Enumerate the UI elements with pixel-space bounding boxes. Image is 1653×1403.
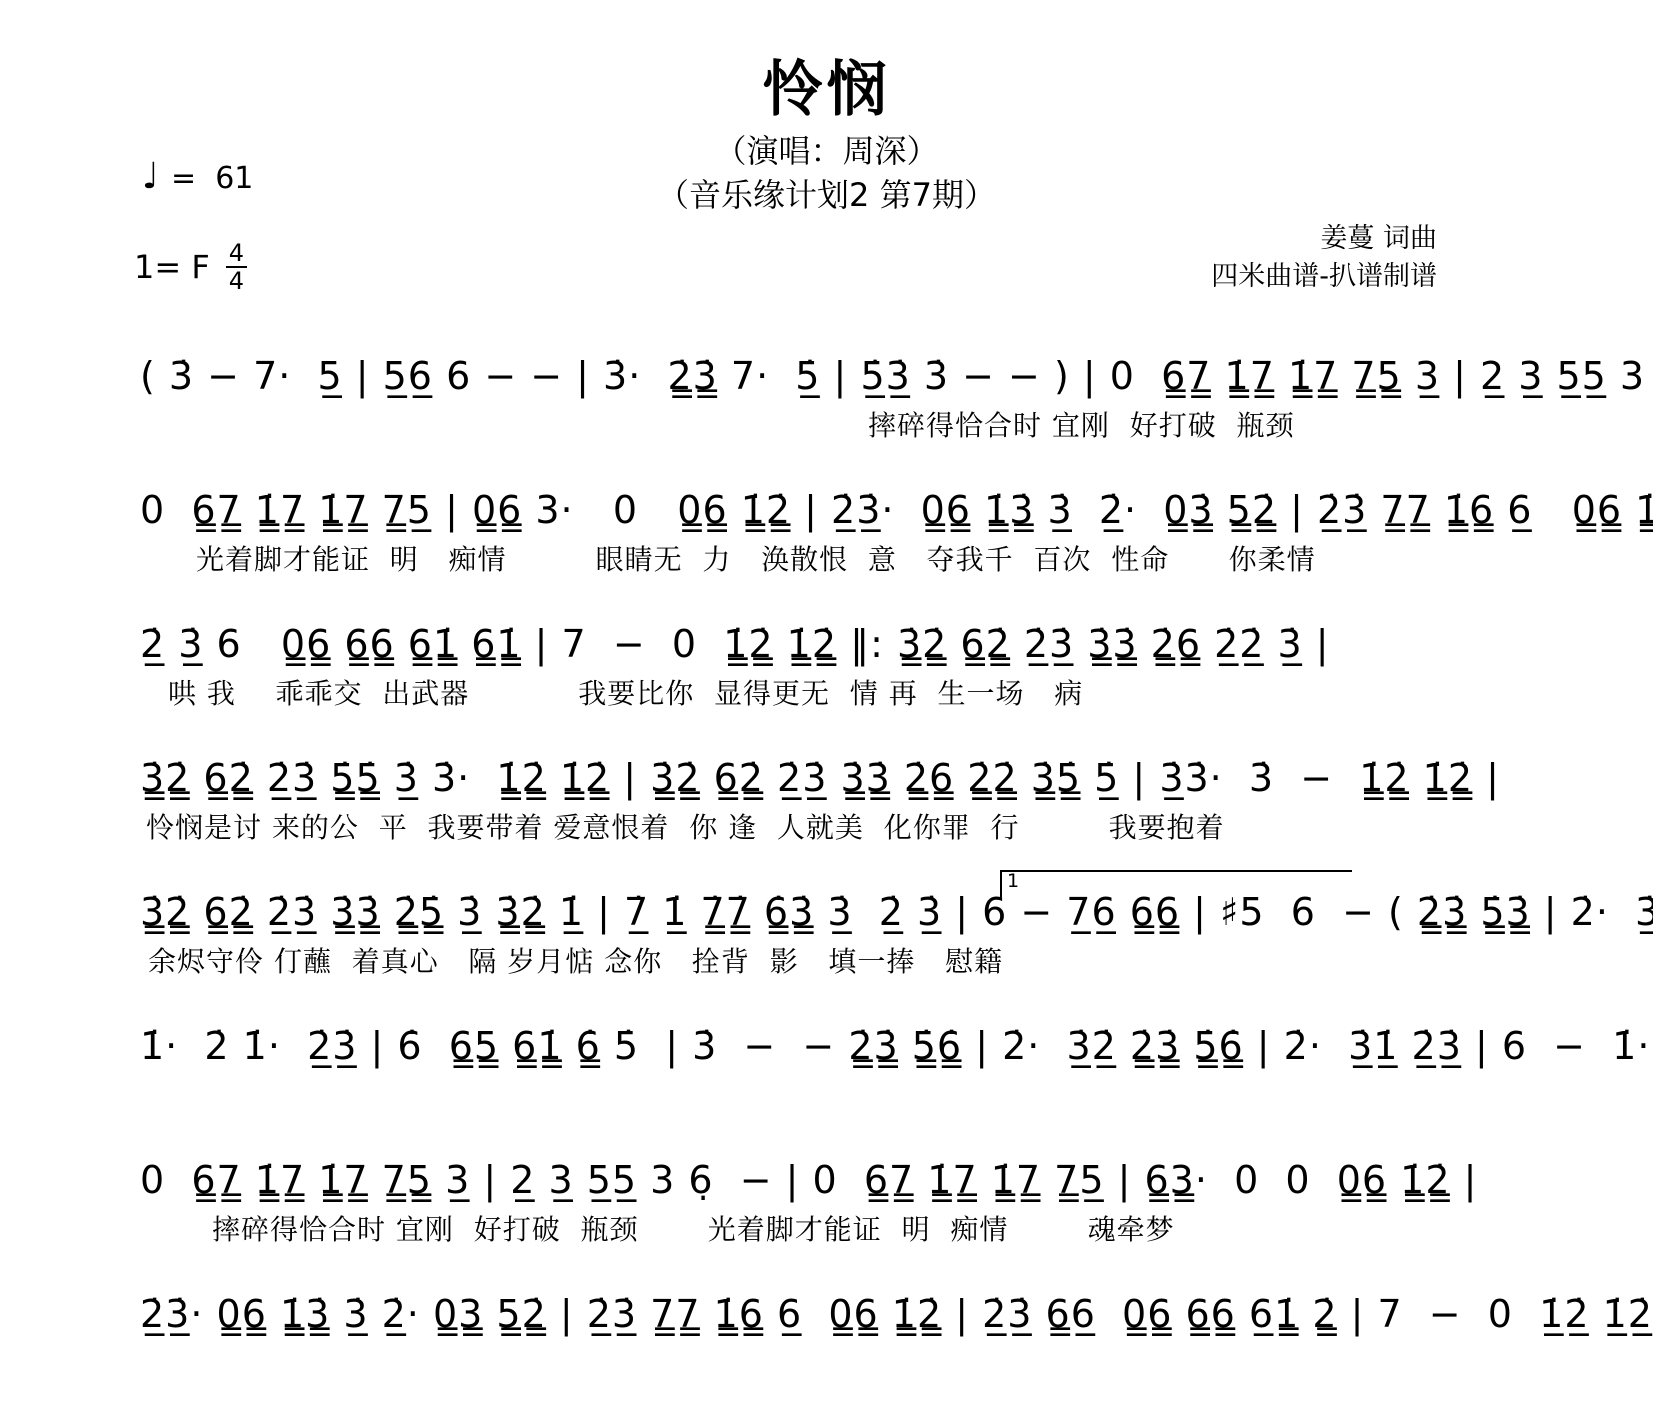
tempo-mark: ♩= 61 [142,156,253,197]
notation-line: ( 3̇ − 7· 5̲ | 5̲6̲ 6 − − | 3̇· 2̳̇3̳̇ 7… [140,330,1603,398]
notation-line: 3̳̇2̳̇ 6̳2̳̇ 2̲̇3̲̇ 5̳̇5̳̇ 3̲̇ 3̇· 1̳̇2̇… [140,732,1603,800]
lyrics-line: 哄 我 乖乖交 出武器 我要比你 显得更无 情 再 生一场 病 [140,666,1603,712]
notation-line: 3̳̇2̳̇ 6̳2̳̇ 2̲̇3̲̇ 3̳̇3̳̇ 2̳̇5̳̇ 3̲̇ 3̇… [140,866,1603,934]
lyrics-line [140,1336,1603,1342]
sheet-music-page: 怜悯 （演唱：周深） （音乐缘计划2 第7期） ♩= 61 姜蔓 词曲 四米曲谱… [0,0,1653,1403]
music-system-6: 1̇· 2̇ 1̇· 2̲̇3̲̇ | 6̇ 6̳5̳ 6̳1̳̇ 6̳̇ 5̇… [140,1000,1603,1134]
lyrics-line: 摔碎得恰合时 宜刚 好打破 瓶颈 光着脚才能证 明 痴情 魂牵梦 [140,1202,1603,1248]
composer-credit: 姜蔓 词曲 [1211,220,1437,258]
music-system-4: 3̳̇2̳̇ 6̳2̳̇ 2̲̇3̲̇ 5̳̇5̳̇ 3̲̇ 3̇· 1̳̇2̇… [140,732,1603,866]
music-system-7: 0 6̳7̳ 1̳̇7̳ 1̳̇7̳ 7̳5̳ 3̲ | 2̲ 3̲ 5̲5̲ … [140,1134,1603,1268]
music-system-3: 2̲̇ 3̲̇ 6 0̳6̳ 6̳6̳ 6̳1̳̇ 6̳1̳̇ | 7 − 0 … [140,598,1603,732]
meter-numerator: 4 [226,240,247,268]
song-title: 怜悯 [0,42,1653,128]
lyrics-line: 摔碎得恰合时 宜刚 好打破 瓶颈 [140,398,1603,444]
music-system-1: ( 3̇ − 7· 5̲ | 5̲6̲ 6 − − | 3̇· 2̳̇3̳̇ 7… [140,330,1603,464]
music-system-5: 1 3̳̇2̳̇ 6̳2̳̇ 2̲̇3̲̇ 3̳̇3̳̇ 2̳̇5̳̇ 3̲̇ … [140,866,1603,1000]
notation-line: 1̇· 2̇ 1̇· 2̲̇3̲̇ | 6̇ 6̳5̳ 6̳1̳̇ 6̳̇ 5̇… [140,1000,1603,1068]
transcriber-credit: 四米曲谱-扒谱制谱 [1211,258,1437,296]
time-signature: 4 4 [226,240,247,294]
volta-bracket: 1 [1000,870,1352,898]
score-body: ( 3̇ − 7· 5̲ | 5̲6̲ 6 − − | 3̇· 2̳̇3̳̇ 7… [140,330,1603,1402]
quarter-note-icon: ♩ [142,156,159,197]
tempo-value: = 61 [171,161,253,196]
notation-line: 2̲̇ 3̲̇ 6 0̳6̳ 6̳6̳ 6̳1̳̇ 6̳1̳̇ | 7 − 0 … [140,598,1603,666]
key-signature: 1= F 4 4 [134,240,247,294]
volta-number: 1 [1002,872,1019,891]
credits-block: 姜蔓 词曲 四米曲谱-扒谱制谱 [1211,220,1437,296]
music-system-8: 2̲̇3̲̇· 0̳6̳ 1̳̇3̳̇ 3̲̇ 2̲̇· 0̳3̳ 5̳2̳̇ … [140,1268,1603,1402]
key-prefix: 1= F [134,248,210,286]
lyrics-line: 余烬守伶 仃蘸 着真心 隔 岁月惦 念你 拴背 影 填一捧 慰籍 [140,934,1603,980]
music-system-2: 0 6̳7̳ 1̳̇7̳ 1̳̇7̳ 7̳5̲ | 0̳6̳ 3· 0 0̳6̳… [140,464,1603,598]
notation-line: 2̲̇3̲̇· 0̳6̳ 1̳̇3̳̇ 3̲̇ 2̲̇· 0̳3̳ 5̳2̳̇ … [140,1268,1603,1336]
lyrics-line: 怜悯是讨 来的公 平 我要带着 爱意恨着 你 逢 人就美 化你罪 行 我要抱着 [140,800,1603,846]
notation-line: 0 6̳7̳ 1̳̇7̳ 1̳̇7̳ 7̳5̲ | 0̳6̳ 3· 0 0̳6̳… [140,464,1603,532]
lyrics-line: 光着脚才能证 明 痴情 眼睛无 力 涣散恨 意 夺我千 百次 性命 你柔情 [140,532,1603,578]
meter-denominator: 4 [226,268,247,294]
lyrics-line [140,1068,1603,1074]
notation-line: 0 6̳7̳ 1̳̇7̳ 1̳̇7̳ 7̳5̳ 3̲ | 2̲ 3̲ 5̲5̲ … [140,1134,1603,1202]
